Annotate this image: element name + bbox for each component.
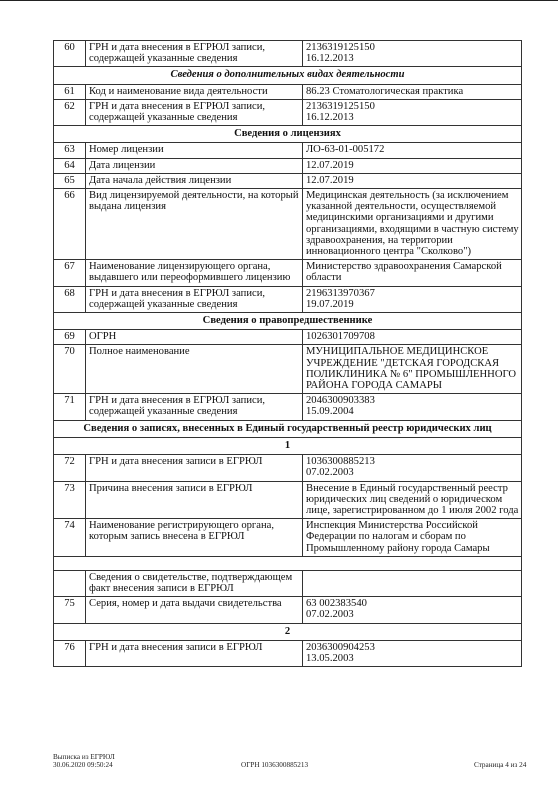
top-border (0, 0, 558, 1)
field-value: 1036300885213 07.02.2003 (303, 455, 522, 481)
field-label: ГРН и дата внесения в ЕГРЮЛ записи, соде… (86, 286, 303, 312)
field-value: 12.07.2019 (303, 158, 522, 173)
field-label: Дата начала действия лицензии (86, 173, 303, 188)
field-label: ОГРН (86, 330, 303, 345)
table-row: Сведения о свидетельстве, подтверждающем… (54, 570, 522, 596)
field-label: ГРН и дата внесения в ЕГРЮЛ записи, соде… (86, 394, 303, 420)
section-title: Сведения о записях, внесенных в Единый г… (54, 420, 522, 437)
row-number: 69 (54, 330, 86, 345)
row-number: 63 (54, 143, 86, 158)
section-header-row: 1 (54, 437, 522, 454)
section-header-row: Сведения о записях, внесенных в Единый г… (54, 420, 522, 437)
field-label: Номер лицензии (86, 143, 303, 158)
field-label: Наименование регистрирующего органа, кот… (86, 519, 303, 557)
field-label: Код и наименование вида деятельности (86, 84, 303, 99)
field-label: ГРН и дата внесения в ЕГРЮЛ записи, соде… (86, 41, 303, 67)
table-row: 69ОГРН1026301709708 (54, 330, 522, 345)
footer-timestamp: 30.06.2020 09:50:24 (53, 761, 115, 769)
section-title: Сведения о дополнительных видах деятельн… (54, 67, 522, 84)
row-number: 60 (54, 41, 86, 67)
row-number: 65 (54, 173, 86, 188)
row-number: 66 (54, 189, 86, 260)
section-title: Сведения о правопредшественнике (54, 313, 522, 330)
table-row: 74Наименование регистрирующего органа, к… (54, 519, 522, 557)
field-value: 2136319125150 16.12.2013 (303, 41, 522, 67)
table-row: 65Дата начала действия лицензии12.07.201… (54, 173, 522, 188)
table-row: 75Серия, номер и дата выдачи свидетельст… (54, 597, 522, 623)
field-value: 12.07.2019 (303, 173, 522, 188)
section-header-row: Сведения о лицензиях (54, 126, 522, 143)
spacer-cell (54, 556, 522, 570)
field-value: Инспекция Министерства Российской Федера… (303, 519, 522, 557)
field-label: ГРН и дата внесения в ЕГРЮЛ записи, соде… (86, 99, 303, 125)
table-row: 70Полное наименованиеМУНИЦИПАЛЬНОЕ МЕДИЦ… (54, 345, 522, 394)
table-row: 76ГРН и дата внесения записи в ЕГРЮЛ2036… (54, 640, 522, 666)
field-value: 2136319125150 16.12.2013 (303, 99, 522, 125)
field-label: ГРН и дата внесения записи в ЕГРЮЛ (86, 455, 303, 481)
row-number: 73 (54, 481, 86, 519)
field-label: Полное наименование (86, 345, 303, 394)
field-value: 1026301709708 (303, 330, 522, 345)
field-label: ГРН и дата внесения записи в ЕГРЮЛ (86, 640, 303, 666)
row-number: 67 (54, 260, 86, 286)
field-label: Серия, номер и дата выдачи свидетельства (86, 597, 303, 623)
egrul-table: 60ГРН и дата внесения в ЕГРЮЛ записи, со… (53, 40, 522, 667)
row-number: 74 (54, 519, 86, 557)
field-value: Внесение в Единый государственный реестр… (303, 481, 522, 519)
row-number: 68 (54, 286, 86, 312)
row-number: 61 (54, 84, 86, 99)
row-number: 75 (54, 597, 86, 623)
egrul-table-body: 60ГРН и дата внесения в ЕГРЮЛ записи, со… (54, 41, 522, 667)
spacer-row (54, 556, 522, 570)
footer-doc-title: Выписка из ЕГРЮЛ (53, 753, 115, 761)
field-value: Медицинская деятельность (за исключением… (303, 189, 522, 260)
row-number (54, 570, 86, 596)
table-row: 64Дата лицензии12.07.2019 (54, 158, 522, 173)
row-number: 70 (54, 345, 86, 394)
row-number: 72 (54, 455, 86, 481)
table-row: 61Код и наименование вида деятельности86… (54, 84, 522, 99)
row-number: 64 (54, 158, 86, 173)
row-number: 76 (54, 640, 86, 666)
section-title: Сведения о лицензиях (54, 126, 522, 143)
table-row: 62ГРН и дата внесения в ЕГРЮЛ записи, со… (54, 99, 522, 125)
table-row: 60ГРН и дата внесения в ЕГРЮЛ записи, со… (54, 41, 522, 67)
table-row: 73Причина внесения записи в ЕГРЮЛВнесени… (54, 481, 522, 519)
field-value: 2036300904253 13.05.2003 (303, 640, 522, 666)
section-title: 1 (54, 437, 522, 454)
row-number: 71 (54, 394, 86, 420)
section-header-row: Сведения о правопредшественнике (54, 313, 522, 330)
section-title: 2 (54, 623, 522, 640)
field-label: Причина внесения записи в ЕГРЮЛ (86, 481, 303, 519)
field-label: Вид лицензируемой деятельности, на котор… (86, 189, 303, 260)
table-row: 68ГРН и дата внесения в ЕГРЮЛ записи, со… (54, 286, 522, 312)
table-row: 66Вид лицензируемой деятельности, на кот… (54, 189, 522, 260)
section-header-row: 2 (54, 623, 522, 640)
field-value: МУНИЦИПАЛЬНОЕ МЕДИЦИНСКОЕ УЧРЕЖДЕНИЕ "ДЕ… (303, 345, 522, 394)
field-value (303, 570, 522, 596)
field-value: 63 002383540 07.02.2003 (303, 597, 522, 623)
row-number: 62 (54, 99, 86, 125)
table-row: 63Номер лицензииЛО-63-01-005172 (54, 143, 522, 158)
field-value: 86.23 Стоматологическая практика (303, 84, 522, 99)
field-label: Сведения о свидетельстве, подтверждающем… (86, 570, 303, 596)
field-value: 2196313970367 19.07.2019 (303, 286, 522, 312)
field-value: Министерство здравоохранения Самарской о… (303, 260, 522, 286)
field-label: Наименование лицензирующего органа, выда… (86, 260, 303, 286)
footer-ogrn: ОГРН 1036300885213 (241, 761, 308, 769)
table-row: 72ГРН и дата внесения записи в ЕГРЮЛ1036… (54, 455, 522, 481)
section-header-row: Сведения о дополнительных видах деятельн… (54, 67, 522, 84)
footer-left: Выписка из ЕГРЮЛ 30.06.2020 09:50:24 (53, 753, 115, 769)
field-label: Дата лицензии (86, 158, 303, 173)
table-row: 71ГРН и дата внесения в ЕГРЮЛ записи, со… (54, 394, 522, 420)
field-value: 2046300903383 15.09.2004 (303, 394, 522, 420)
footer-page-number: Страница 4 из 24 (474, 761, 526, 769)
table-row: 67Наименование лицензирующего органа, вы… (54, 260, 522, 286)
field-value: ЛО-63-01-005172 (303, 143, 522, 158)
